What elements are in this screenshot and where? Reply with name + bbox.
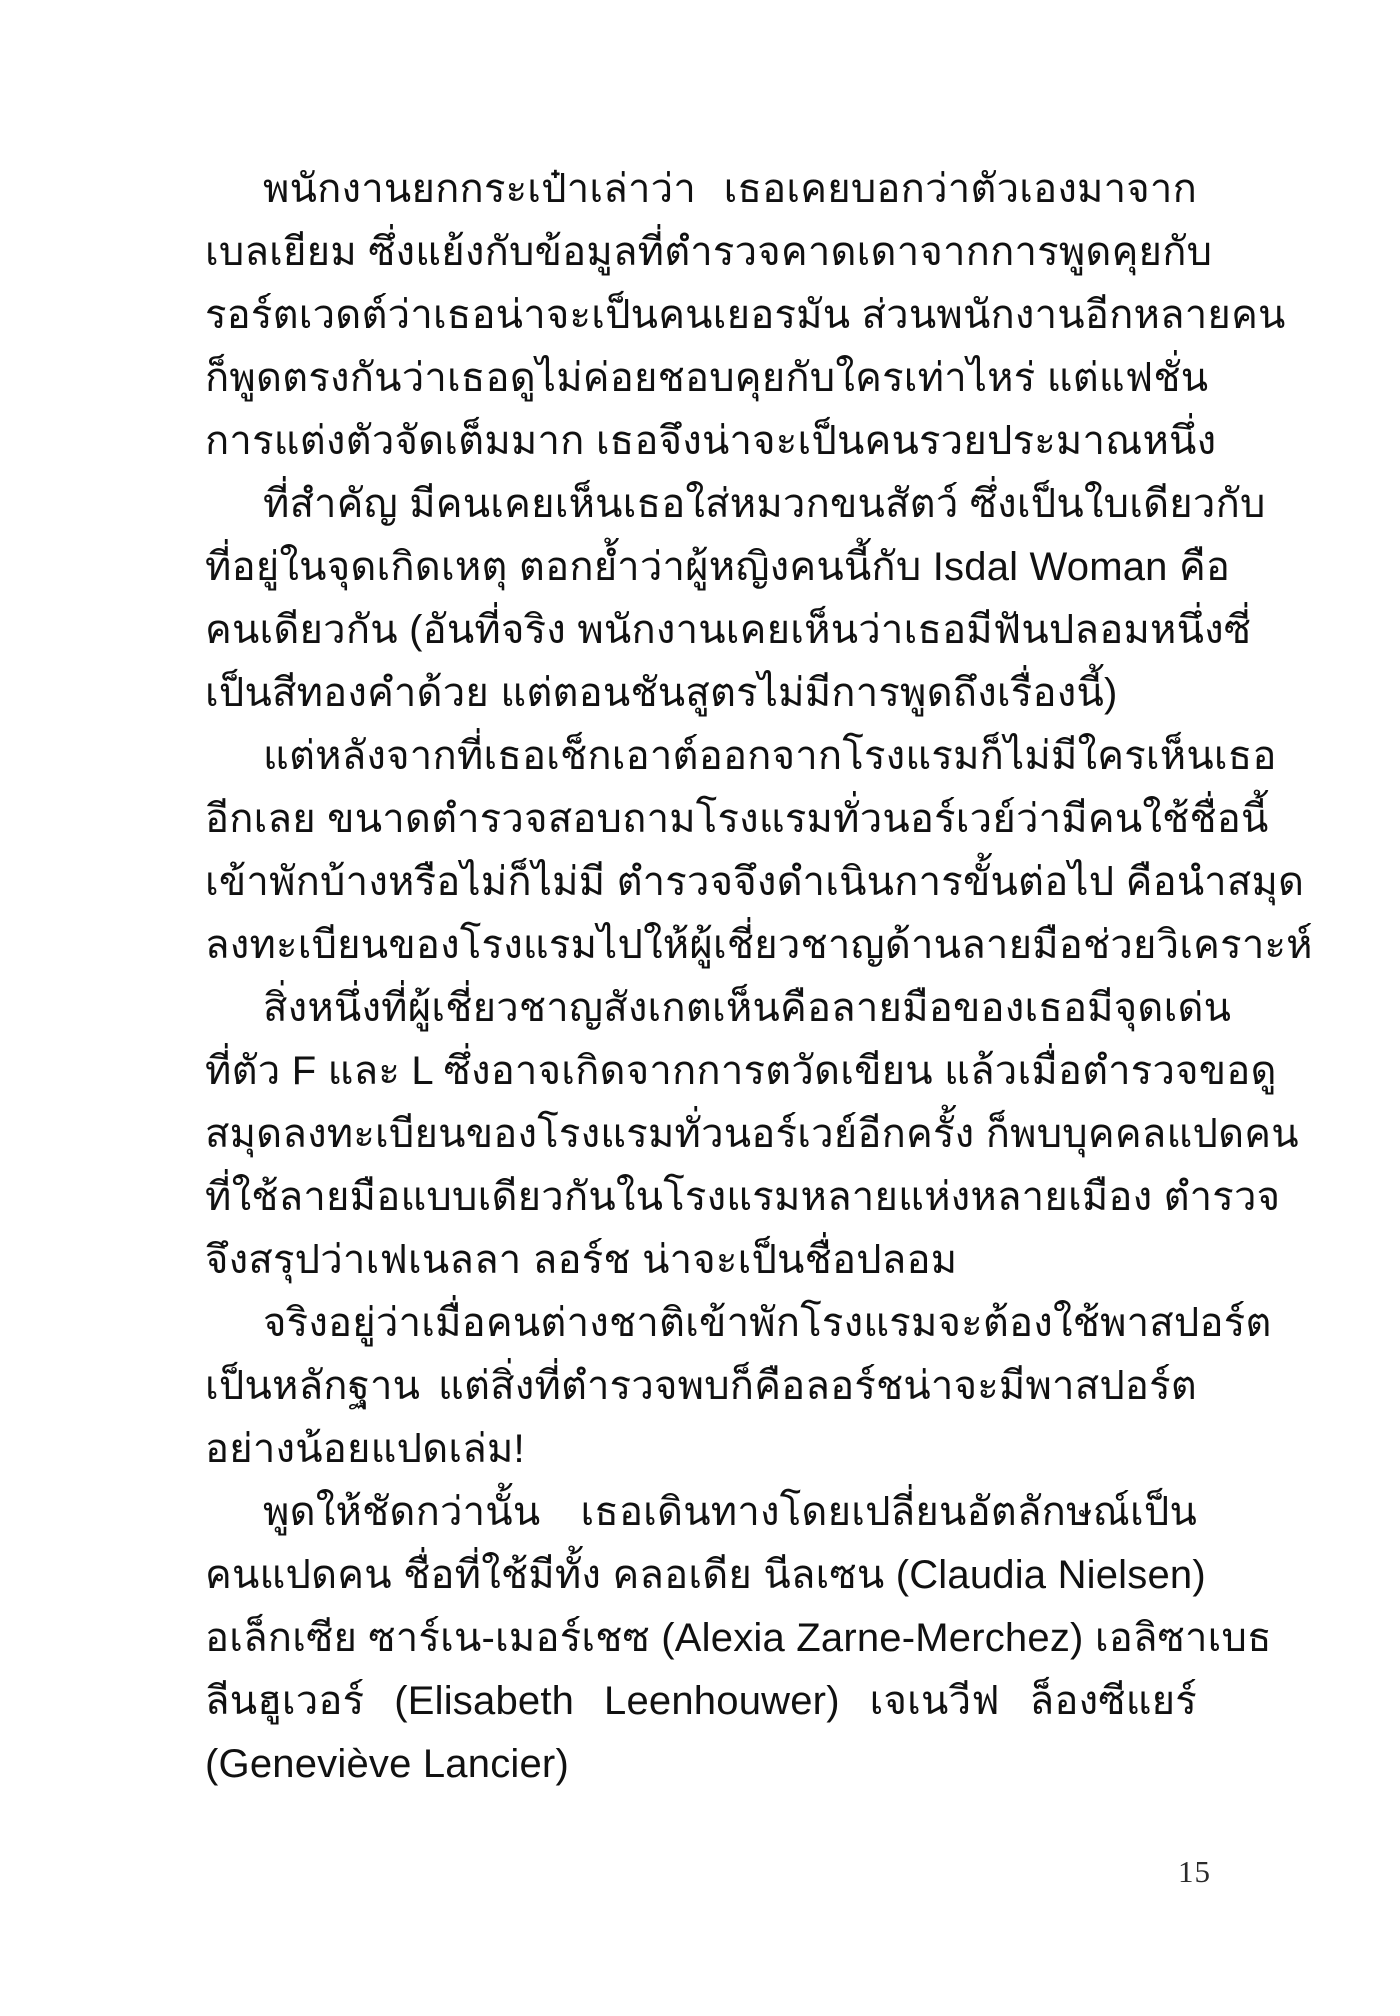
paragraph: สิ่งหนึ่งที่ผู้เชี่ยวชาญสังเกตเห็นคือลาย… (205, 977, 1197, 1292)
text-line: เป็นหลักฐาน แต่สิ่งที่ตำรวจพบก็คือลอร์ชน… (205, 1355, 1197, 1418)
text-line: (Geneviève Lancier) (205, 1733, 1197, 1796)
text-line: ลงทะเบียนของโรงแรมไปให้ผู้เชี่ยวชาญด้านล… (205, 914, 1197, 977)
text-line: ที่อยู่ในจุดเกิดเหตุ ตอกย้ำว่าผู้หญิงคนน… (205, 536, 1197, 599)
paragraph: พนักงานยกกระเป๋าเล่าว่า เธอเคยบอกว่าตัวเ… (205, 158, 1197, 473)
text-line: การแต่งตัวจัดเต็มมาก เธอจึงน่าจะเป็นคนรว… (205, 410, 1197, 473)
text-line: คนเดียวกัน (อันที่จริง พนักงานเคยเห็นว่า… (205, 599, 1197, 662)
text-line: สมุดลงทะเบียนของโรงแรมทั่วนอร์เวย์อีกครั… (205, 1103, 1197, 1166)
paragraph: จริงอยู่ว่าเมื่อคนต่างชาติเข้าพักโรงแรมจ… (205, 1292, 1197, 1481)
text-line: ที่สำคัญ มีคนเคยเห็นเธอใส่หมวกขนสัตว์ ซึ… (205, 473, 1197, 536)
paragraph: พูดให้ชัดกว่านั้น เธอเดินทางโดยเปลี่ยนอั… (205, 1481, 1197, 1796)
text-line: สิ่งหนึ่งที่ผู้เชี่ยวชาญสังเกตเห็นคือลาย… (205, 977, 1197, 1040)
text-line: พูดให้ชัดกว่านั้น เธอเดินทางโดยเปลี่ยนอั… (205, 1481, 1197, 1544)
text-line: จึงสรุปว่าเฟเนลลา ลอร์ช น่าจะเป็นชื่อปลอ… (205, 1229, 1197, 1292)
text-line: อเล็กเซีย ซาร์เน-เมอร์เชซ (Alexia Zarne-… (205, 1607, 1197, 1670)
text-line: ที่ตัว F และ L ซึ่งอาจเกิดจากการตวัดเขีย… (205, 1040, 1197, 1103)
book-page: พนักงานยกกระเป๋าเล่าว่า เธอเคยบอกว่าตัวเ… (0, 0, 1400, 2016)
paragraph: ที่สำคัญ มีคนเคยเห็นเธอใส่หมวกขนสัตว์ ซึ… (205, 473, 1197, 725)
page-text-block: พนักงานยกกระเป๋าเล่าว่า เธอเคยบอกว่าตัวเ… (205, 158, 1197, 1796)
page-number: 15 (1178, 1852, 1211, 1892)
text-line: ลีนฮูเวอร์ (Elisabeth Leenhouwer) เจเนวี… (205, 1670, 1197, 1733)
text-line: คนแปดคน ชื่อที่ใช้มีทั้ง คลอเดีย นีลเซน … (205, 1544, 1197, 1607)
text-line: อีกเลย ขนาดตำรวจสอบถามโรงแรมทั่วนอร์เวย์… (205, 788, 1197, 851)
text-line: เข้าพักบ้างหรือไม่ก็ไม่มี ตำรวจจึงดำเนิน… (205, 851, 1197, 914)
text-line: รอร์ตเวดต์ว่าเธอน่าจะเป็นคนเยอรมัน ส่วนพ… (205, 284, 1197, 347)
text-line: เบลเยียม ซึ่งแย้งกับข้อมูลที่ตำรวจคาดเดา… (205, 221, 1197, 284)
text-line: ที่ใช้ลายมือแบบเดียวกันในโรงแรมหลายแห่งห… (205, 1166, 1197, 1229)
text-line: อย่างน้อยแปดเล่ม! (205, 1418, 1197, 1481)
text-line: แต่หลังจากที่เธอเช็กเอาต์ออกจากโรงแรมก็ไ… (205, 725, 1197, 788)
text-line: จริงอยู่ว่าเมื่อคนต่างชาติเข้าพักโรงแรมจ… (205, 1292, 1197, 1355)
text-line: เป็นสีทองคำด้วย แต่ตอนชันสูตรไม่มีการพูด… (205, 662, 1197, 725)
text-line: ก็พูดตรงกันว่าเธอดูไม่ค่อยชอบคุยกับใครเท… (205, 347, 1197, 410)
paragraph: แต่หลังจากที่เธอเช็กเอาต์ออกจากโรงแรมก็ไ… (205, 725, 1197, 977)
text-line: พนักงานยกกระเป๋าเล่าว่า เธอเคยบอกว่าตัวเ… (205, 158, 1197, 221)
